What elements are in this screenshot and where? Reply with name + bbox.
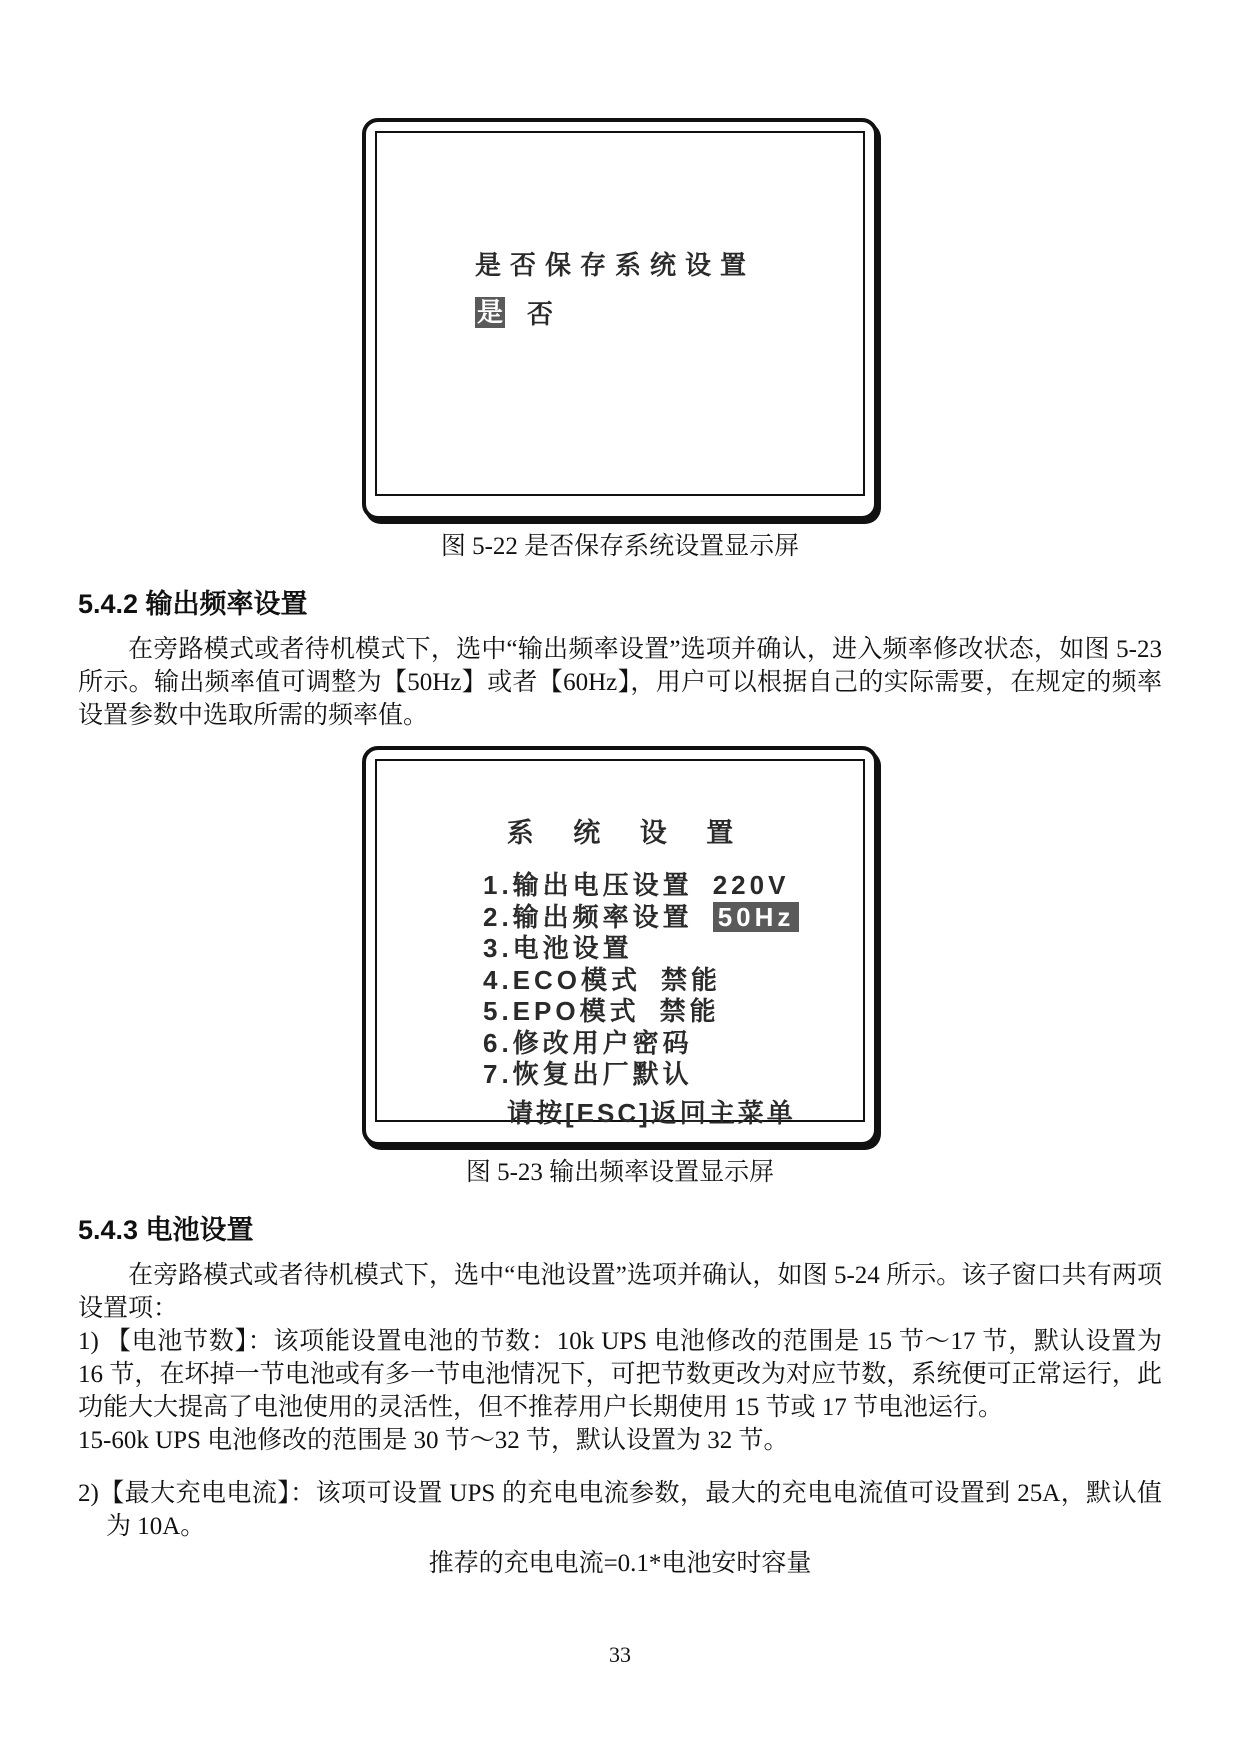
output-frequency-value-highlighted: 50Hz: [713, 902, 800, 932]
section-5-4-2-paragraph: 在旁路模式或者待机模式下，选中“输出频率设置”选项并确认，进入频率修改状态，如图…: [78, 633, 1162, 732]
menu-item-eco-mode: 4.ECO模式禁能: [483, 965, 863, 997]
option-no: 否: [527, 294, 553, 331]
esc-return-hint: 请按[ESC]返回主菜单: [377, 1093, 863, 1130]
recommended-current-formula: 推荐的充电电流=0.1*电池安时容量: [0, 1543, 1240, 1579]
epo-mode-value: 禁能: [660, 996, 720, 1026]
lcd-screen-system-settings: 系 统 设 置 1.输出电压设置220V 2.输出频率设置50Hz 3.电池设置…: [362, 746, 878, 1146]
page-number: 33: [0, 1642, 1240, 1668]
battery-count-note: 15-60k UPS 电池修改的范围是 30 节～32 节，默认设置为 32 节…: [78, 1424, 1162, 1457]
lcd-screen-save-confirm-display: 是否保存系统设置 是 否: [375, 131, 865, 496]
menu-item-output-voltage: 1.输出电压设置220V: [483, 870, 863, 902]
figure-5-22-caption: 图 5-22 是否保存系统设置显示屏: [0, 526, 1240, 562]
menu-item-change-password: 6.修改用户密码: [483, 1028, 863, 1060]
save-confirm-prompt: 是否保存系统设置: [475, 245, 863, 282]
menu-item-factory-reset: 7.恢复出厂默认: [483, 1059, 863, 1091]
lcd-screen-system-settings-display: 系 统 设 置 1.输出电压设置220V 2.输出频率设置50Hz 3.电池设置…: [375, 759, 865, 1122]
menu-item-battery-settings: 3.电池设置: [483, 933, 863, 965]
option-yes-selected: 是: [475, 297, 505, 328]
section-5-4-2-heading: 5.4.2 输出频率设置: [78, 582, 1240, 621]
system-settings-menu: 1.输出电压设置220V 2.输出频率设置50Hz 3.电池设置 4.ECO模式…: [377, 870, 863, 1091]
menu-item-output-frequency: 2.输出频率设置50Hz: [483, 902, 863, 934]
max-charge-current-item: 2)【最大充电电流】：该项可设置 UPS 的充电电流参数，最大的充电电流值可设置…: [78, 1477, 1162, 1543]
eco-mode-value: 禁能: [661, 965, 721, 995]
system-settings-title: 系 统 设 置: [377, 811, 863, 850]
manual-page: 是否保存系统设置 是 否 图 5-22 是否保存系统设置显示屏 5.4.2 输出…: [0, 0, 1240, 1754]
figure-5-23-caption: 图 5-23 输出频率设置显示屏: [0, 1152, 1240, 1188]
lcd-screen-save-confirm: 是否保存系统设置 是 否: [362, 118, 878, 520]
section-5-4-3-heading: 5.4.3 电池设置: [78, 1208, 1240, 1247]
section-5-4-3-intro: 在旁路模式或者待机模式下，选中“电池设置”选项并确认，如图 5-24 所示。该子…: [78, 1259, 1162, 1325]
battery-count-item: 1) 【电池节数】：该项能设置电池的节数：10k UPS 电池修改的范围是 15…: [78, 1325, 1162, 1424]
menu-item-epo-mode: 5.EPO模式禁能: [483, 996, 863, 1028]
output-voltage-value: 220V: [713, 870, 790, 900]
